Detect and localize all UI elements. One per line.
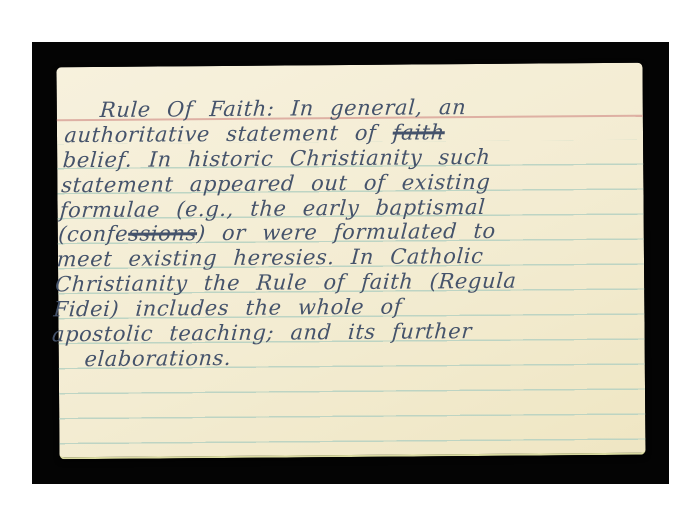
handwriting-segment: ) or were formulated to — [196, 219, 496, 245]
handwriting-segment: (confe — [57, 222, 128, 247]
handwriting-segment: elaborations. — [84, 346, 232, 371]
handwritten-text: Rule Of Faith: In general, anauthoritati… — [50, 94, 631, 372]
handwriting-segment: Rule Of Faith: In general, an — [99, 95, 467, 122]
photo-frame: Rule Of Faith: In general, anauthoritati… — [0, 0, 700, 525]
index-card: Rule Of Faith: In general, anauthoritati… — [56, 63, 645, 460]
struck-out-word: ssions — [127, 222, 197, 247]
handwriting-segment: Fidei) includes the whole of — [53, 295, 403, 322]
struck-out-word: faith — [392, 120, 445, 144]
handwriting-segment: formulae (e.g., the early baptismal — [59, 194, 486, 221]
photo-background-mat: Rule Of Faith: In general, anauthoritati… — [32, 42, 669, 484]
handwriting-segment: Christianity the Rule of faith (Regula — [54, 269, 517, 297]
handwriting-line: elaborations. — [50, 343, 616, 372]
handwriting-segment: authoritative statement of — [64, 121, 394, 148]
handwriting-segment: statement appeared out of existing — [61, 170, 492, 197]
handwriting-segment: belief. In historic Christianity such — [62, 145, 491, 172]
handwriting-segment: meet existing heresies. In Catholic — [56, 244, 484, 271]
handwriting-segment: apostolic teaching; and its further — [51, 319, 472, 346]
